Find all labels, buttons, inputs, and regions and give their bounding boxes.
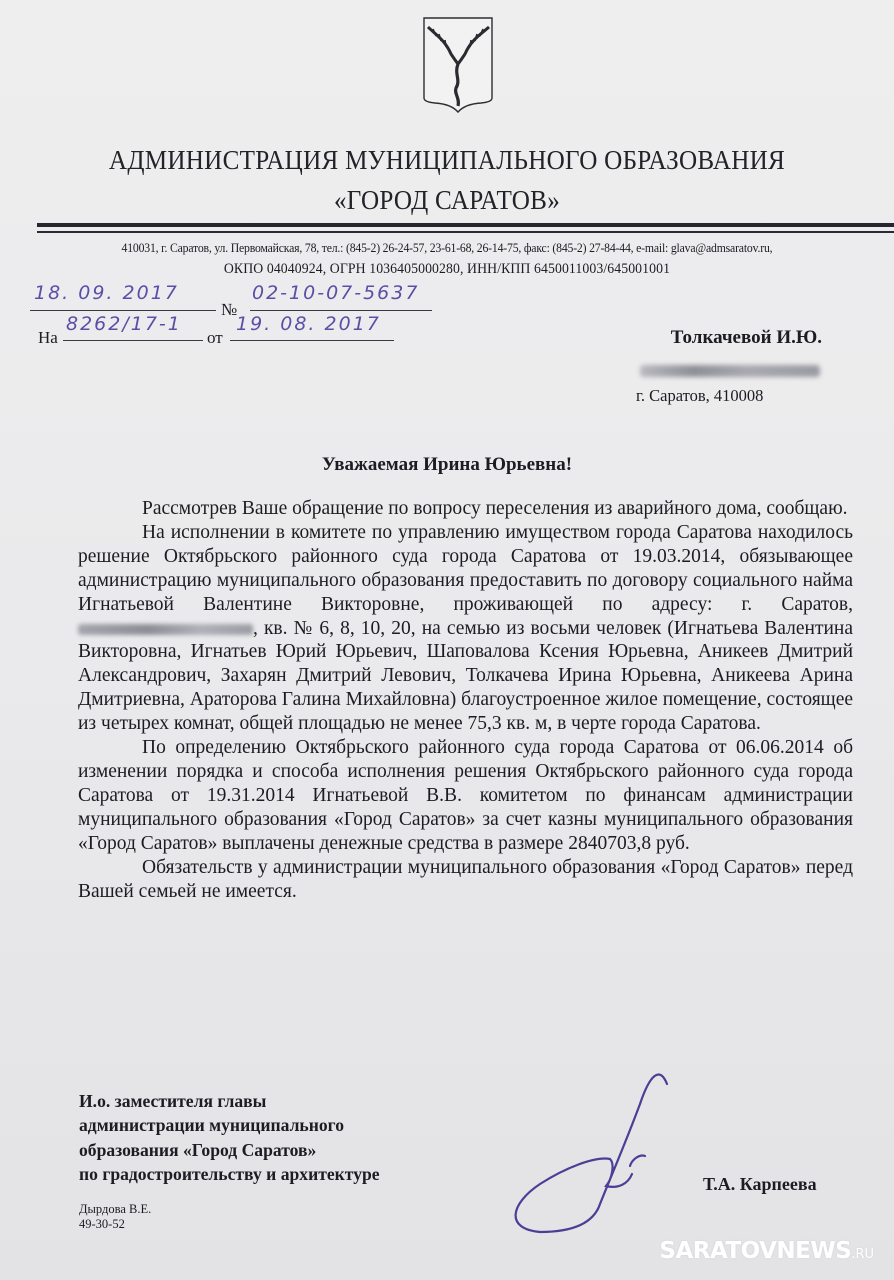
redacted-address: [640, 365, 820, 377]
reply-number: 8262/17-1: [66, 313, 182, 335]
header-rule-thin: [37, 231, 894, 233]
redacted-street: [78, 624, 253, 635]
organization-name: АДМИНИСТРАЦИЯ МУНИЦИПАЛЬНОГО ОБРАЗОВАНИЯ: [31, 145, 862, 176]
header-rule-thick: [37, 223, 894, 227]
outgoing-date: 18. 09. 2017: [34, 282, 179, 304]
recipient-name: Толкачевой И.Ю.: [671, 327, 822, 349]
signatory-title: И.о. заместителя главы администрации мун…: [79, 1089, 380, 1187]
contact-details: 410031, г. Саратов, ул. Первомайская, 78…: [27, 241, 867, 256]
paragraph-2-start: На исполнении в комитете по управлению и…: [78, 522, 853, 615]
title-line: И.о. заместителя главы: [79, 1089, 380, 1113]
watermark-brand: SARATOVNEWS: [659, 1238, 851, 1264]
paragraph-2-end: , кв. № 6, 8, 10, 20, на семью из восьми…: [78, 618, 853, 735]
paragraph-1: Рассмотрев Ваше обращение по вопросу пер…: [78, 497, 853, 521]
coat-of-arms-icon: [421, 14, 495, 114]
title-line: администрации муниципального: [79, 1113, 380, 1137]
signer-name: Т.А. Карпеева: [703, 1174, 817, 1195]
reply-date-label: от: [207, 328, 223, 348]
paragraph-2: На исполнении в комитете по управлению и…: [78, 521, 853, 736]
title-line: образования «Город Саратов»: [79, 1138, 380, 1162]
recipient-city: г. Саратов, 410008: [636, 386, 763, 406]
title-line: по градостроительству и архитектуре: [79, 1162, 380, 1186]
reply-label: На: [38, 328, 58, 348]
letter-page: АДМИНИСТРАЦИЯ МУНИЦИПАЛЬНОГО ОБРАЗОВАНИЯ…: [0, 0, 894, 1280]
executor-phone: 49-30-52: [79, 1217, 151, 1232]
number-label: №: [221, 300, 237, 320]
executor-info: Дырдова В.Е. 49-30-52: [79, 1202, 151, 1232]
paragraph-4: Обязательств у администрации муниципальн…: [78, 856, 853, 904]
registry-codes: ОКПО 04040924, ОГРН 1036405000280, ИНН/К…: [22, 261, 871, 278]
reply-date-field: 19. 08. 2017: [230, 318, 394, 341]
watermark-tld: .RU: [851, 1247, 874, 1262]
executor-name: Дырдова В.Е.: [79, 1202, 151, 1217]
reply-date: 19. 08. 2017: [236, 313, 381, 335]
paragraph-3: По определению Октябрьского районного су…: [78, 736, 853, 856]
watermark-logo: SARATOVNEWS.RU: [659, 1238, 874, 1264]
outgoing-date-field: 18. 09. 2017: [30, 288, 216, 311]
handwritten-signature-icon: [500, 1064, 690, 1234]
outgoing-number: 02-10-07-5637: [252, 282, 419, 304]
greeting: Уважаемая Ирина Юрьевна!: [0, 454, 894, 476]
organization-city: «ГОРОД САРАТОВ»: [31, 185, 862, 216]
outgoing-number-field: 02-10-07-5637: [250, 288, 432, 311]
letter-body: Рассмотрев Ваше обращение по вопросу пер…: [78, 497, 853, 903]
reply-number-field: 8262/17-1: [63, 318, 203, 341]
